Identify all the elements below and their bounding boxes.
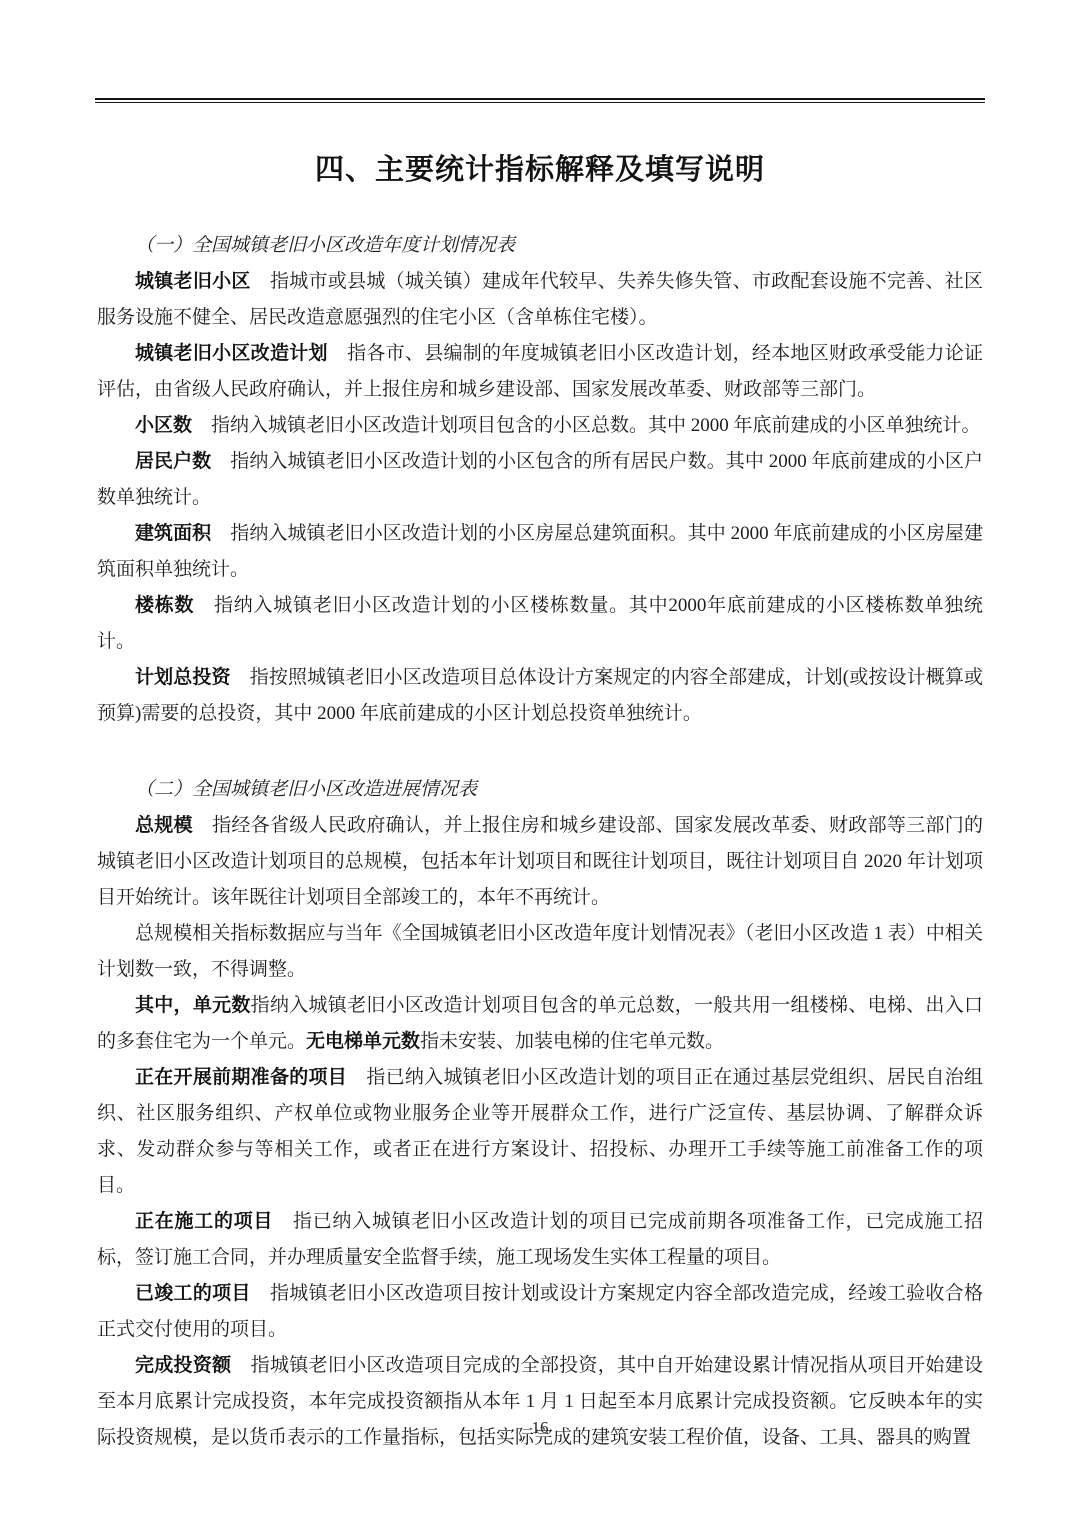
page-number: 16 (0, 1418, 1080, 1438)
text-run: 指未安装、加装电梯的住宅单元数。 (420, 1031, 724, 1052)
sections-container: （一）全国城镇老旧小区改造年度计划情况表城镇老旧小区 指城市或县城（城关镇）建成… (97, 228, 983, 1456)
paragraph: 建筑面积 指纳入城镇老旧小区改造计划的小区房屋总建筑面积。其中 2000 年底前… (97, 516, 983, 588)
paragraph: 总规模 指经各省级人民政府确认，并上报住房和城乡建设部、国家发展改革委、财政部等… (97, 808, 983, 916)
paragraph: 完成投资额 指城镇老旧小区改造项目完成的全部投资，其中自开始建设累计情况指从项目… (97, 1348, 983, 1456)
term-bold: 正在开展前期准备的项目 (135, 1067, 347, 1088)
paragraph: 计划总投资 指按照城镇老旧小区改造项目总体设计方案规定的内容全部建成，计划(或按… (97, 660, 983, 732)
term-bold: 城镇老旧小区改造计划 (135, 343, 328, 364)
paragraph: 正在施工的项目 指已纳入城镇老旧小区改造计划的项目已完成前期各项准备工作，已完成… (97, 1204, 983, 1276)
document-page: 四、主要统计指标解释及填写说明 （一）全国城镇老旧小区改造年度计划情况表城镇老旧… (0, 0, 1080, 1527)
term-bold: 小区数 (135, 415, 192, 436)
page-title: 四、主要统计指标解释及填写说明 (95, 147, 985, 188)
paragraph: 正在开展前期准备的项目 指已纳入城镇老旧小区改造计划的项目正在通过基层党组织、居… (97, 1060, 983, 1204)
term-bold: 总规模 (135, 815, 193, 836)
section-heading: （一）全国城镇老旧小区改造年度计划情况表 (97, 228, 983, 264)
text-run: 指纳入城镇老旧小区改造计划的小区包含的所有居民户数。其中 2000 年底前建成的… (97, 451, 983, 508)
term-bold: 完成投资额 (135, 1355, 231, 1376)
term-bold: 城镇老旧小区 (135, 271, 251, 292)
paragraph: 城镇老旧小区改造计划 指各市、县编制的年度城镇老旧小区改造计划，经本地区财政承受… (97, 336, 983, 408)
text-run: 指纳入城镇老旧小区改造计划项目包含的小区总数。其中 2000 年底前建成的小区单… (192, 415, 981, 436)
term-bold: 其中，单元数 (135, 995, 251, 1016)
term-bold: 建筑面积 (135, 523, 211, 544)
section-heading: （二）全国城镇老旧小区改造进展情况表 (97, 772, 983, 808)
paragraph: 小区数 指纳入城镇老旧小区改造计划项目包含的小区总数。其中 2000 年底前建成… (97, 408, 983, 444)
text-run: 指经各省级人民政府确认，并上报住房和城乡建设部、国家发展改革委、财政部等三部门的… (97, 815, 983, 908)
term-bold: 正在施工的项目 (135, 1211, 273, 1232)
text-run: 指纳入城镇老旧小区改造计划的小区楼栋数量。其中2000年底前建成的小区楼栋数单独… (97, 595, 983, 652)
paragraph: 居民户数 指纳入城镇老旧小区改造计划的小区包含的所有居民户数。其中 2000 年… (97, 444, 983, 516)
term-bold: 居民户数 (135, 451, 211, 472)
paragraph: 其中，单元数指纳入城镇老旧小区改造计划项目包含的单元总数，一般共用一组楼梯、电梯… (97, 988, 983, 1060)
document-body: （一）全国城镇老旧小区改造年度计划情况表城镇老旧小区 指城市或县城（城关镇）建成… (97, 228, 983, 1456)
paragraph: 城镇老旧小区 指城市或县城（城关镇）建成年代较早、失养失修失管、市政配套设施不完… (97, 264, 983, 336)
term-bold: 计划总投资 (135, 667, 231, 688)
paragraph: 楼栋数 指纳入城镇老旧小区改造计划的小区楼栋数量。其中2000年底前建成的小区楼… (97, 588, 983, 660)
term-bold: 无电梯单元数 (306, 1031, 420, 1052)
term-bold: 楼栋数 (135, 595, 194, 616)
text-run: 总规模相关指标数据应与当年《全国城镇老旧小区改造年度计划情况表》（老旧小区改造 … (97, 923, 983, 980)
paragraph: 已竣工的项目 指城镇老旧小区改造项目按计划或设计方案规定内容全部改造完成，经竣工… (97, 1276, 983, 1348)
text-run: 指纳入城镇老旧小区改造计划的小区房屋总建筑面积。其中 2000 年底前建成的小区… (97, 523, 983, 580)
header-rule (95, 98, 985, 103)
text-run: 指按照城镇老旧小区改造项目总体设计方案规定的内容全部建成，计划(或按设计概算或预… (97, 667, 983, 724)
paragraph: 总规模相关指标数据应与当年《全国城镇老旧小区改造年度计划情况表》（老旧小区改造 … (97, 916, 983, 988)
term-bold: 已竣工的项目 (135, 1283, 251, 1304)
